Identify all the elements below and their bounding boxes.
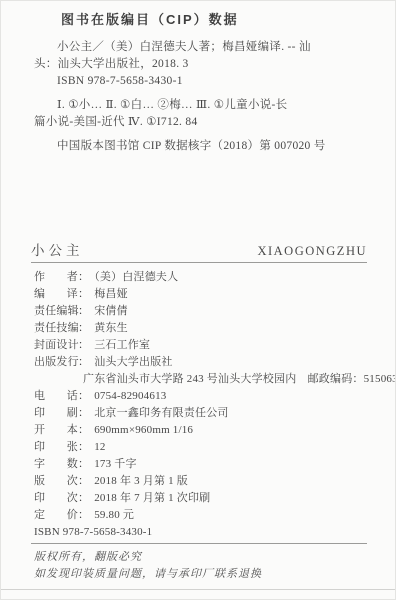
cip-title: 图书在版编目（CIP）数据 <box>61 9 367 28</box>
field-colon: ： <box>78 288 89 300</box>
field-colon: ： <box>78 458 89 470</box>
field-value: 北京一鑫印务有限责任公司 <box>94 407 228 419</box>
field-colon: ： <box>78 424 89 436</box>
cip-block: 图书在版编目（CIP）数据 小公主／（美）白涅德夫人著；梅昌娅编译. -- 汕头… <box>34 9 367 155</box>
field-label: 开本 <box>34 422 78 439</box>
field-row: 版次：2018 年 3 月第 1 版 <box>34 473 367 490</box>
field-row: 广东省汕头市大学路 243 号汕头大学校园内 邮政编码：515063 <box>34 371 367 388</box>
field-label: 电话 <box>34 388 78 405</box>
field-value: 690mm×960mm 1/16 <box>94 424 193 436</box>
book-title-pinyin: XIAOGONGZHU <box>257 244 367 259</box>
field-row: 责任编辑：宋倩倩 <box>34 303 367 320</box>
field-colon: ： <box>78 475 89 487</box>
field-label: 责任技编 <box>34 320 78 337</box>
cip-line: 头：汕头大学出版社，2018. 3 <box>34 56 367 73</box>
fields-list: 作者：（美）白涅德夫人编译：梅昌娅责任编辑：宋倩倩责任技编：黄东生封面设计：三石… <box>34 269 367 541</box>
isbn-divider <box>31 543 367 544</box>
field-label: 责任编辑 <box>34 303 78 320</box>
field-label: 出版发行 <box>34 354 78 371</box>
field-colon: ： <box>78 356 89 368</box>
field-label: 字数 <box>34 456 78 473</box>
field-value: 三石工作室 <box>94 339 150 351</box>
footer-notices: 版权所有，翻版必究 如发现印装质量问题，请与承印厂联系退换 <box>34 549 367 583</box>
field-colon: ： <box>78 492 89 504</box>
field-colon: ： <box>78 407 89 419</box>
field-value: 黄东生 <box>94 322 128 334</box>
field-value: （美）白涅德夫人 <box>94 271 178 283</box>
field-value: ISBN 978-7-5658-3430-1 <box>34 526 152 538</box>
field-row: 出版发行：汕头大学出版社 <box>34 354 367 371</box>
field-row: 字数：173 千字 <box>34 456 367 473</box>
field-colon: ： <box>78 390 89 402</box>
field-row: ISBN 978-7-5658-3430-1 <box>34 524 367 541</box>
field-value: 0754-82904613 <box>94 390 166 402</box>
field-label: 版次 <box>34 473 78 490</box>
field-value: 宋倩倩 <box>94 305 128 317</box>
field-row: 责任技编：黄东生 <box>34 320 367 337</box>
field-row: 编译：梅昌娅 <box>34 286 367 303</box>
field-value: 2018 年 7 月第 1 次印刷 <box>94 492 210 504</box>
title-divider <box>31 262 367 263</box>
field-row: 印次：2018 年 7 月第 1 次印刷 <box>34 490 367 507</box>
field-colon: ： <box>78 441 89 453</box>
field-row: 印张：12 <box>34 439 367 456</box>
cip-line: 中国版本图书馆 CIP 数据核字（2018）第 007020 号 <box>34 138 367 155</box>
reprint-quality-notice: 如发现印装质量问题，请与承印厂联系退换 <box>34 566 367 583</box>
field-value: 梅昌娅 <box>94 288 128 300</box>
field-label: 印次 <box>34 490 78 507</box>
cip-lines: 小公主／（美）白涅德夫人著；梅昌娅编译. -- 汕头：汕头大学出版社，2018.… <box>34 39 367 155</box>
field-label: 作者 <box>34 269 78 286</box>
field-label: 编译 <box>34 286 78 303</box>
field-row: 封面设计：三石工作室 <box>34 337 367 354</box>
cip-line: 篇小说-美国-近代 Ⅳ. ①I712. 84 <box>34 114 367 131</box>
field-value: 2018 年 3 月第 1 版 <box>94 475 188 487</box>
field-colon: ： <box>78 339 89 351</box>
cip-line: Ⅰ. ①小… Ⅱ. ①白… ②梅… Ⅲ. ①儿童小说-长 <box>34 97 367 114</box>
copyright-notice: 版权所有，翻版必究 <box>34 549 367 566</box>
field-colon: ： <box>78 322 89 334</box>
field-label: 印刷 <box>34 405 78 422</box>
field-label: 印张 <box>34 439 78 456</box>
cip-line: 小公主／（美）白涅德夫人著；梅昌娅编译. -- 汕 <box>34 39 367 56</box>
field-value: 59.80 元 <box>94 509 134 521</box>
field-value: 173 千字 <box>94 458 136 470</box>
field-row: 定价：59.80 元 <box>34 507 367 524</box>
field-value: 12 <box>94 441 105 453</box>
book-title: 小公主 <box>31 239 84 259</box>
field-row: 作者：（美）白涅德夫人 <box>34 269 367 286</box>
field-row: 印刷：北京一鑫印务有限责任公司 <box>34 405 367 422</box>
book-title-row: 小公主 XIAOGONGZHU <box>31 239 367 259</box>
field-row: 电话：0754-82904613 <box>34 388 367 405</box>
cip-line: ISBN 978-7-5658-3430-1 <box>34 73 367 90</box>
copyright-page: 图书在版编目（CIP）数据 小公主／（美）白涅德夫人著；梅昌娅编译. -- 汕头… <box>0 0 396 600</box>
field-colon: ： <box>78 271 89 283</box>
field-row: 开本：690mm×960mm 1/16 <box>34 422 367 439</box>
field-colon: ： <box>78 509 89 521</box>
field-colon: ： <box>78 305 89 317</box>
field-label: 封面设计 <box>34 337 78 354</box>
field-value: 广东省汕头市大学路 243 号汕头大学校园内 邮政编码：515063 <box>83 373 396 385</box>
field-value: 汕头大学出版社 <box>94 356 172 368</box>
field-label: 定价 <box>34 507 78 524</box>
